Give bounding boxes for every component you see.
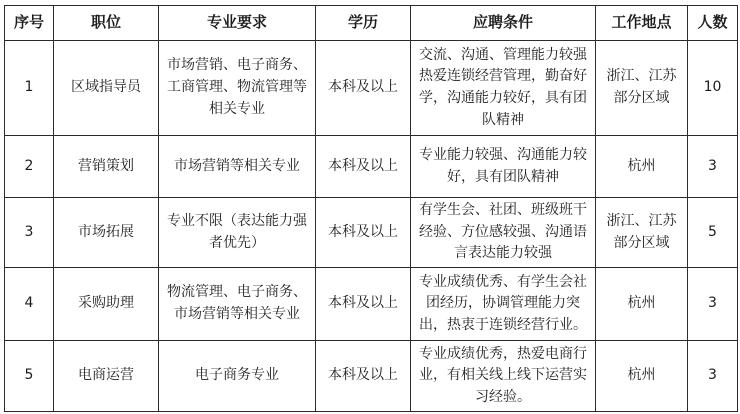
recruitment-sheet: 序号 职位 专业要求 学历 应聘条件 工作地点 人数 1 区域指导员 市场营销、… bbox=[0, 0, 740, 414]
cell-location: 浙江、江苏部分区域 bbox=[596, 198, 688, 268]
cell-education: 本科及以上 bbox=[316, 268, 411, 341]
cell-major: 市场营销、电子商务、工商管理、物流管理等相关专业 bbox=[159, 41, 316, 136]
cell-requirements: 交流、沟通、管理能力较强热爱连锁经营管理，勤奋好学，沟通能力较好，具有团队精神 bbox=[411, 41, 596, 136]
column-header-major: 专业要求 bbox=[159, 6, 316, 41]
cell-position: 区域指导员 bbox=[54, 41, 159, 136]
cell-requirements: 有学生会、社团、班级班干经验、方位感较强、沟通语言表达能力较强 bbox=[411, 198, 596, 268]
cell-count: 10 bbox=[688, 41, 738, 136]
cell-major: 电子商务专业 bbox=[159, 341, 316, 412]
table-row: 5 电商运营 电子商务专业 本科及以上 专业成绩优秀，热爱电商行业，有相关线上线… bbox=[5, 341, 738, 412]
column-header-requirements: 应聘条件 bbox=[411, 6, 596, 41]
cell-location: 杭州 bbox=[596, 136, 688, 198]
cell-position: 电商运营 bbox=[54, 341, 159, 412]
cell-position: 采购助理 bbox=[54, 268, 159, 341]
cell-count: 3 bbox=[688, 341, 738, 412]
column-header-location: 工作地点 bbox=[596, 6, 688, 41]
cell-requirements: 专业成绩优秀，热爱电商行业，有相关线上线下运营实习经验。 bbox=[411, 341, 596, 412]
cell-position: 营销策划 bbox=[54, 136, 159, 198]
cell-location: 杭州 bbox=[596, 341, 688, 412]
cell-education: 本科及以上 bbox=[316, 41, 411, 136]
column-header-no: 序号 bbox=[5, 6, 54, 41]
cell-no: 3 bbox=[5, 198, 54, 268]
cell-no: 5 bbox=[5, 341, 54, 412]
table-header-row: 序号 职位 专业要求 学历 应聘条件 工作地点 人数 bbox=[5, 6, 738, 41]
cell-education: 本科及以上 bbox=[316, 198, 411, 268]
table-row: 1 区域指导员 市场营销、电子商务、工商管理、物流管理等相关专业 本科及以上 交… bbox=[5, 41, 738, 136]
cell-requirements: 专业成绩优秀、有学生会社团经历，协调管理能力突出，热衷于连锁经营行业。 bbox=[411, 268, 596, 341]
job-positions-table: 序号 职位 专业要求 学历 应聘条件 工作地点 人数 1 区域指导员 市场营销、… bbox=[4, 5, 738, 412]
cell-no: 2 bbox=[5, 136, 54, 198]
column-header-education: 学历 bbox=[316, 6, 411, 41]
cell-location: 浙江、江苏部分区域 bbox=[596, 41, 688, 136]
cell-position: 市场拓展 bbox=[54, 198, 159, 268]
column-header-count: 人数 bbox=[688, 6, 738, 41]
cell-education: 本科及以上 bbox=[316, 136, 411, 198]
table-row: 2 营销策划 市场营销等相关专业 本科及以上 专业能力较强、沟通能力较好，具有团… bbox=[5, 136, 738, 198]
cell-education: 本科及以上 bbox=[316, 341, 411, 412]
table-row: 3 市场拓展 专业不限（表达能力强者优先） 本科及以上 有学生会、社团、班级班干… bbox=[5, 198, 738, 268]
cell-major: 物流管理、电子商务、市场营销等相关专业 bbox=[159, 268, 316, 341]
cell-major: 专业不限（表达能力强者优先） bbox=[159, 198, 316, 268]
column-header-position: 职位 bbox=[54, 6, 159, 41]
cell-count: 3 bbox=[688, 268, 738, 341]
cell-major: 市场营销等相关专业 bbox=[159, 136, 316, 198]
table-row: 4 采购助理 物流管理、电子商务、市场营销等相关专业 本科及以上 专业成绩优秀、… bbox=[5, 268, 738, 341]
cell-no: 4 bbox=[5, 268, 54, 341]
cell-count: 5 bbox=[688, 198, 738, 268]
cell-requirements: 专业能力较强、沟通能力较好，具有团队精神 bbox=[411, 136, 596, 198]
cell-no: 1 bbox=[5, 41, 54, 136]
cell-count: 3 bbox=[688, 136, 738, 198]
cell-location: 杭州 bbox=[596, 268, 688, 341]
